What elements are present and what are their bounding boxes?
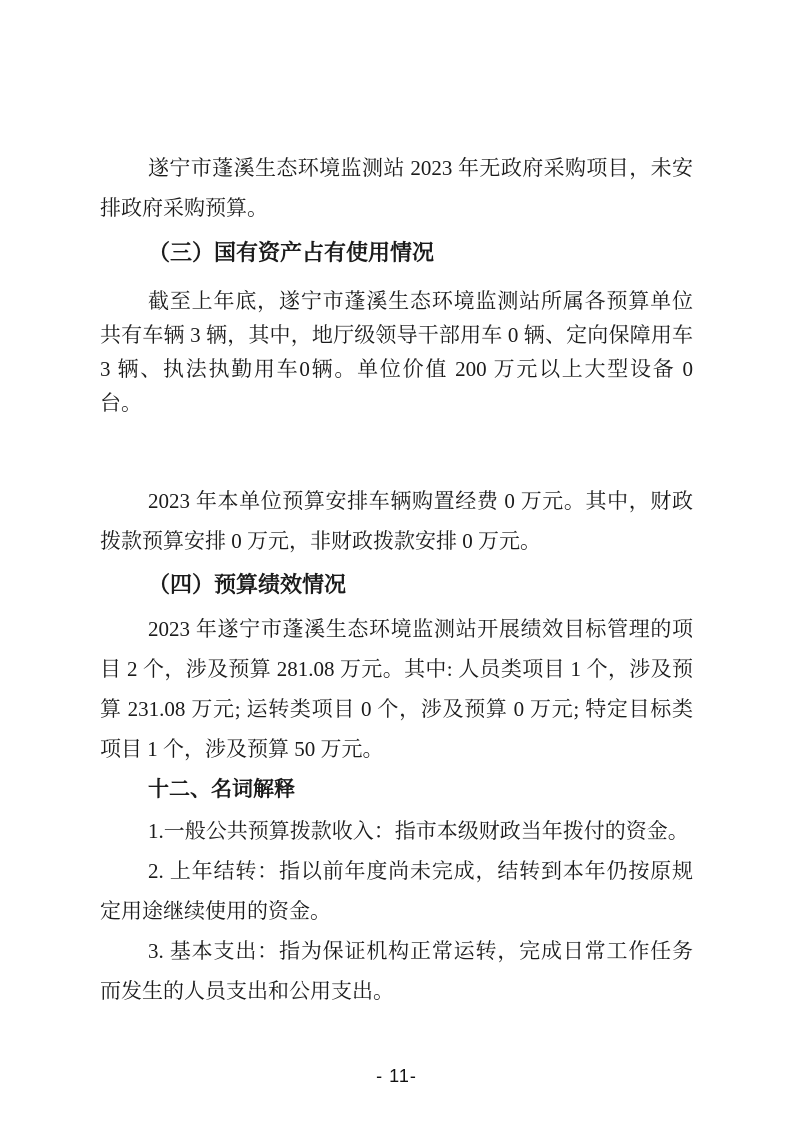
document-page: 遂宁市蓬溪生态环境监测站 2023 年无政府采购项目，未安排政府采购预算。 （三… bbox=[0, 0, 793, 1122]
paragraph-budget-performance: 2023 年遂宁市蓬溪生态环境监测站开展绩效目标管理的项目 2 个，涉及预算 2… bbox=[100, 609, 693, 769]
glossary-item-general-budget-income: 1.一般公共预算拨款收入：指市本级财政当年拨付的资金。 bbox=[100, 811, 693, 851]
paragraph-vehicle-budget: 2023 年本单位预算安排车辆购置经费 0 万元。其中，财政拨款预算安排 0 万… bbox=[100, 481, 693, 561]
glossary-item-carryover: 2. 上年结转：指以前年度尚未完成，结转到本年仍按原规定用途继续使用的资金。 bbox=[100, 851, 693, 931]
paragraph-government-procurement: 遂宁市蓬溪生态环境监测站 2023 年无政府采购项目，未安排政府采购预算。 bbox=[100, 148, 693, 228]
heading-state-assets: （三）国有资产占有使用情况 bbox=[100, 234, 693, 272]
page-content: 遂宁市蓬溪生态环境监测站 2023 年无政府采购项目，未安排政府采购预算。 （三… bbox=[100, 148, 693, 1011]
glossary-item-basic-expenditure: 3. 基本支出：指为保证机构正常运转，完成日常工作任务而发生的人员支出和公用支出… bbox=[100, 931, 693, 1011]
page-number: - 11- bbox=[0, 1066, 793, 1087]
heading-glossary: 十二、名词解释 bbox=[100, 772, 693, 808]
heading-budget-performance: （四）预算绩效情况 bbox=[100, 566, 693, 604]
paragraph-state-assets: 截至上年底，遂宁市蓬溪生态环境监测站所属各预算单位共有车辆 3 辆，其中，地厅级… bbox=[100, 284, 693, 420]
